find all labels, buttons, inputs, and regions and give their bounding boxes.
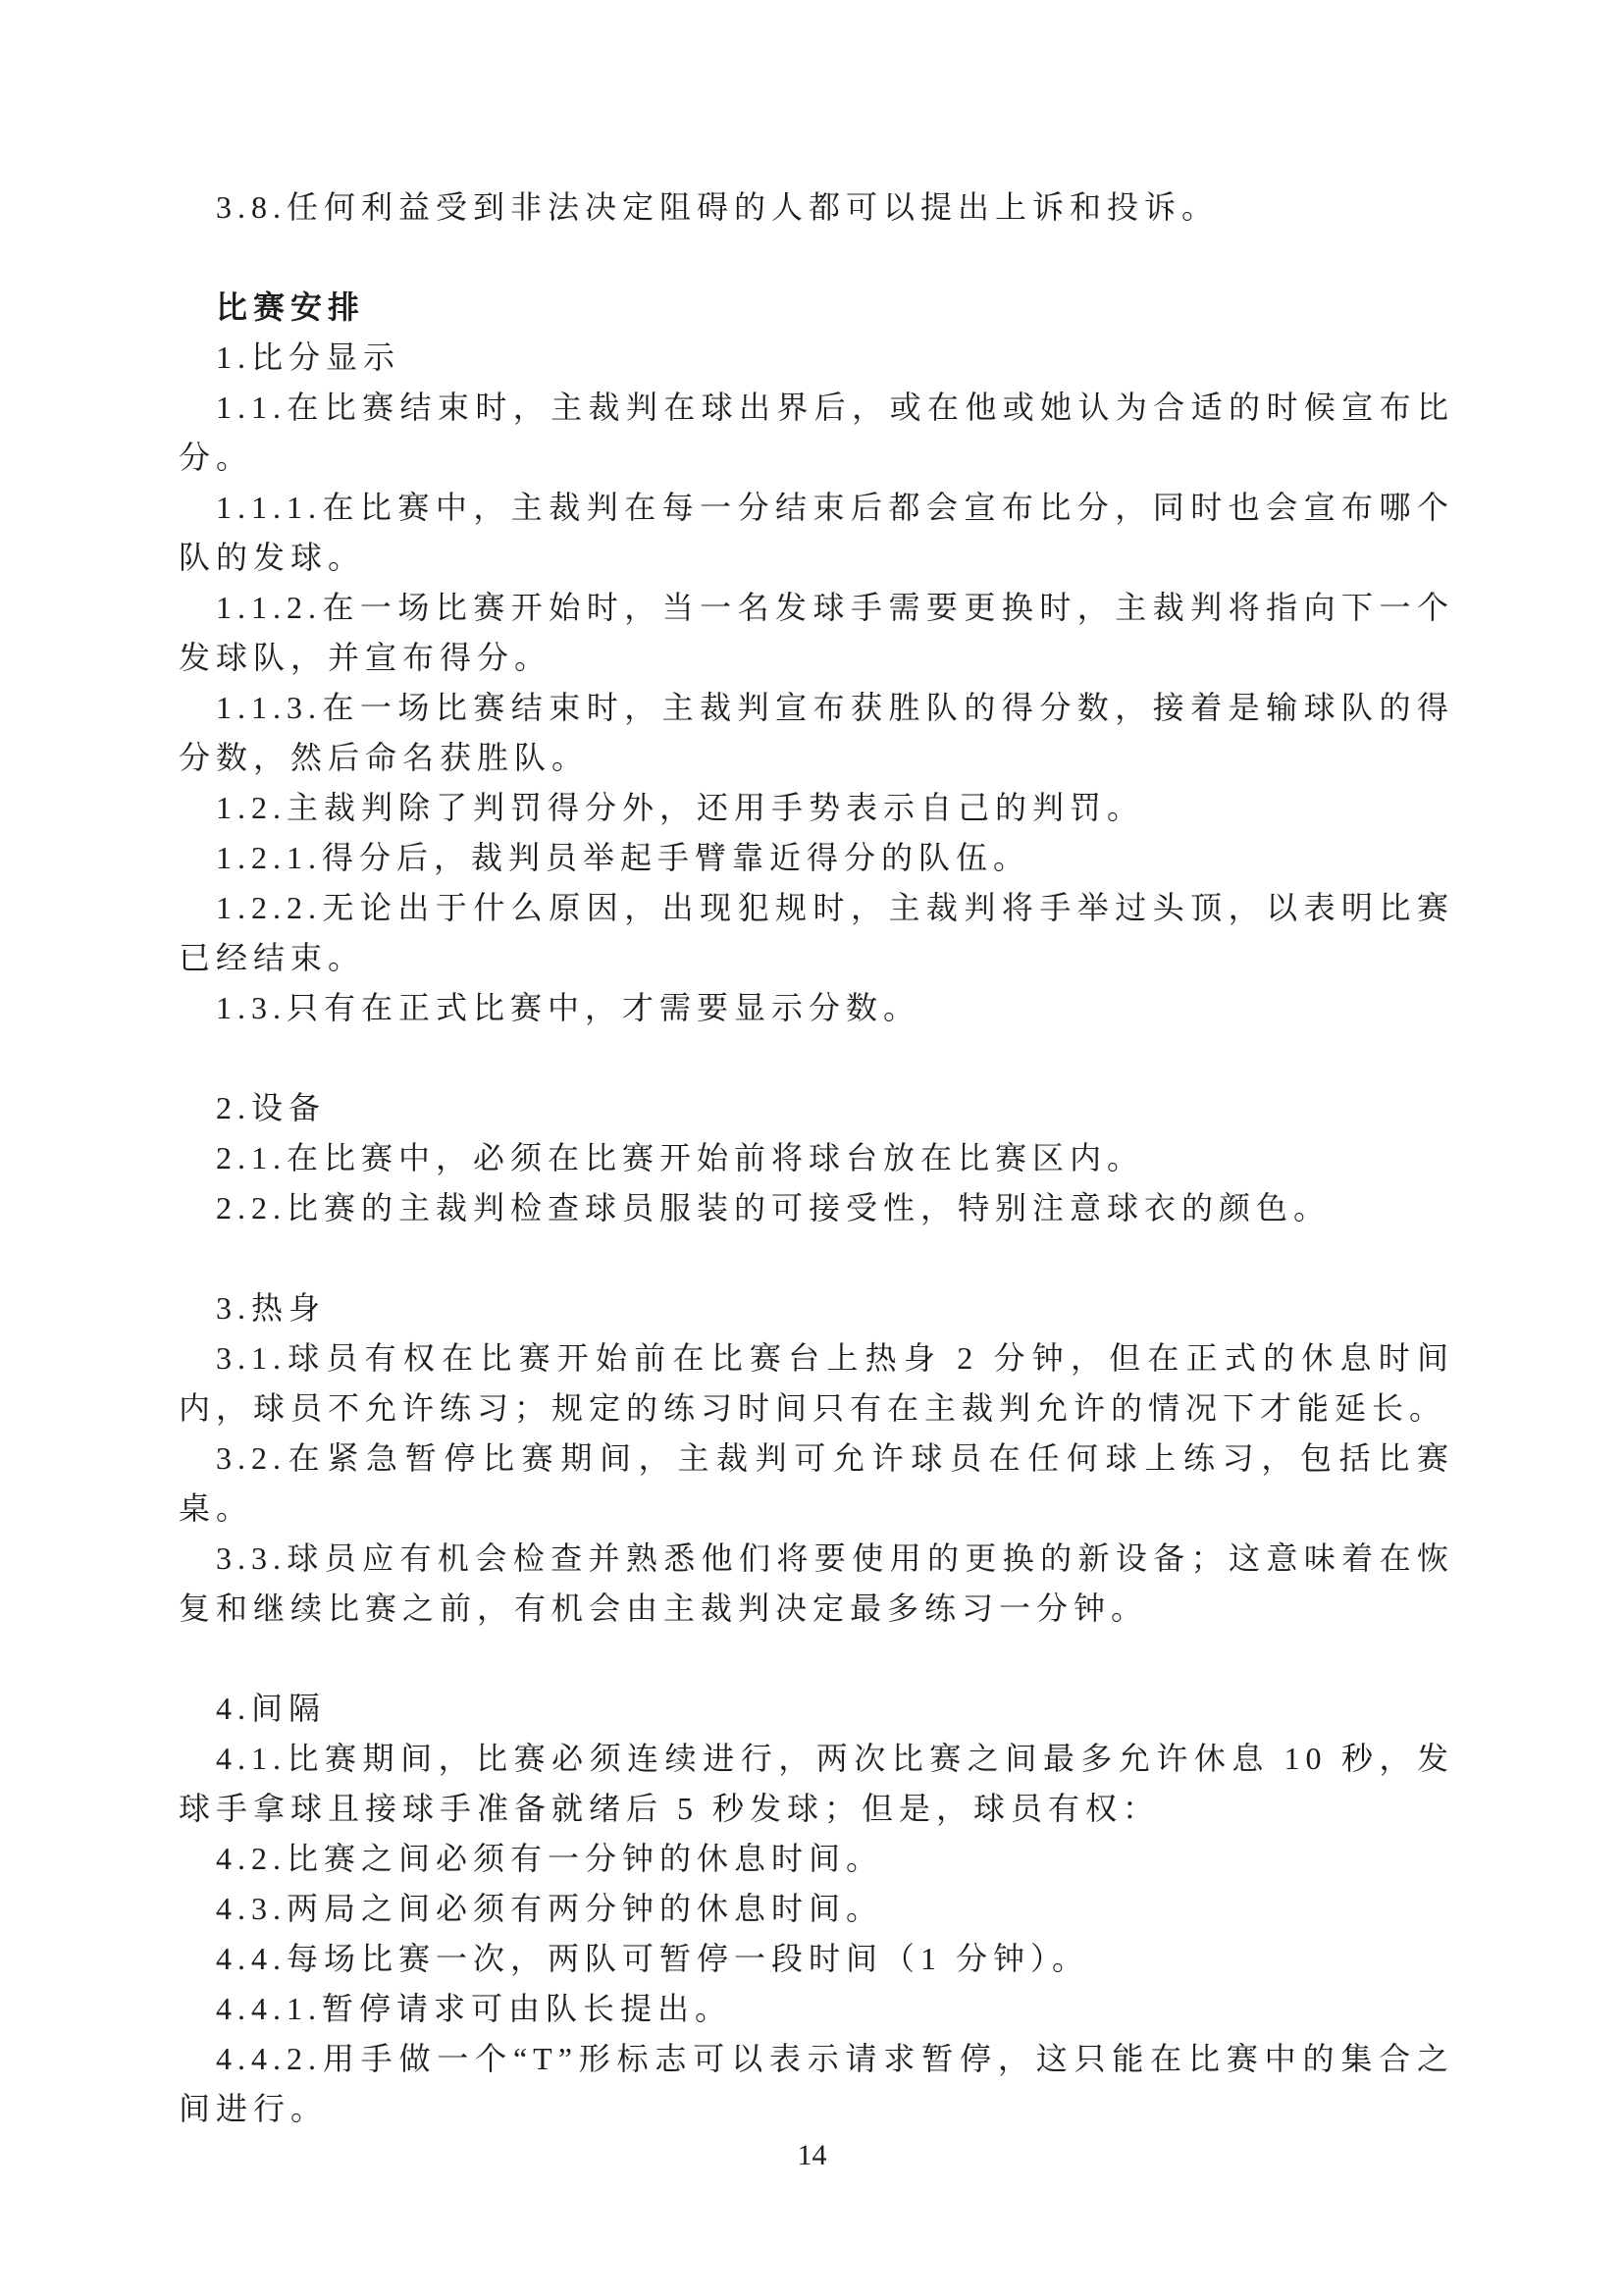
section-title: 4.间隔 (179, 1684, 1454, 1734)
paragraph: 4.3.两局之间必须有两分钟的休息时间。 (179, 1884, 1454, 1934)
paragraph: 4.2.比赛之间必须有一分钟的休息时间。 (179, 1834, 1454, 1884)
paragraph: 1.2.2.无论出于什么原因，出现犯规时，主裁判将手举过头顶，以表明比赛已经结束… (179, 883, 1454, 983)
section-equipment: 2.设备 2.1.在比赛中，必须在比赛开始前将球台放在比赛区内。 2.2.比赛的… (179, 1083, 1454, 1233)
paragraph: 4.1.比赛期间，比赛必须连续进行，两次比赛之间最多允许休息 10 秒，发球手拿… (179, 1734, 1454, 1834)
section-intervals: 4.间隔 4.1.比赛期间，比赛必须连续进行，两次比赛之间最多允许休息 10 秒… (179, 1684, 1454, 2134)
paragraph: 1.2.1.得分后，裁判员举起手臂靠近得分的队伍。 (179, 833, 1454, 883)
section-warmup: 3.热身 3.1.球员有权在比赛开始前在比赛台上热身 2 分钟，但在正式的休息时… (179, 1283, 1454, 1634)
paragraph: 2.1.在比赛中，必须在比赛开始前将球台放在比赛区内。 (179, 1133, 1454, 1183)
page-heading: 比赛安排 (179, 283, 1454, 333)
paragraph: 1.3.只有在正式比赛中，才需要显示分数。 (179, 983, 1454, 1033)
page-content: 3.8.任何利益受到非法决定阻碍的人都可以提出上诉和投诉。 比赛安排 1.比分显… (179, 183, 1454, 2134)
paragraph: 1.1.3.在一场比赛结束时，主裁判宣布获胜队的得分数，接着是输球队的得分数，然… (179, 683, 1454, 783)
intro-paragraph: 3.8.任何利益受到非法决定阻碍的人都可以提出上诉和投诉。 (179, 183, 1454, 233)
paragraph: 3.1.球员有权在比赛开始前在比赛台上热身 2 分钟，但在正式的休息时间内，球员… (179, 1333, 1454, 1434)
section-title: 1.比分显示 (179, 333, 1454, 383)
paragraph: 3.2.在紧急暂停比赛期间，主裁判可允许球员在任何球上练习，包括比赛桌。 (179, 1434, 1454, 1534)
paragraph: 4.4.2.用手做一个“T”形标志可以表示请求暂停，这只能在比赛中的集合之间进行… (179, 2034, 1454, 2134)
document-page: 3.8.任何利益受到非法决定阻碍的人都可以提出上诉和投诉。 比赛安排 1.比分显… (0, 0, 1624, 2295)
paragraph: 4.4.1.暂停请求可由队长提出。 (179, 1984, 1454, 2034)
paragraph: 1.1.2.在一场比赛开始时，当一名发球手需要更换时，主裁判将指向下一个发球队，… (179, 583, 1454, 683)
page-number: 14 (0, 2139, 1624, 2172)
paragraph: 1.1.1.在比赛中，主裁判在每一分结束后都会宣布比分，同时也会宣布哪个队的发球… (179, 483, 1454, 583)
paragraph: 3.3.球员应有机会检查并熟悉他们将要使用的更换的新设备；这意味着在恢复和继续比… (179, 1534, 1454, 1634)
section-title: 3.热身 (179, 1283, 1454, 1333)
paragraph: 1.2.主裁判除了判罚得分外，还用手势表示自己的判罚。 (179, 783, 1454, 833)
paragraph: 4.4.每场比赛一次，两队可暂停一段时间（1 分钟）。 (179, 1934, 1454, 1984)
paragraph: 2.2.比赛的主裁判检查球员服装的可接受性，特别注意球衣的颜色。 (179, 1183, 1454, 1233)
section-score-display: 1.比分显示 1.1.在比赛结束时，主裁判在球出界后，或在他或她认为合适的时候宣… (179, 333, 1454, 1033)
paragraph: 1.1.在比赛结束时，主裁判在球出界后，或在他或她认为合适的时候宣布比分。 (179, 383, 1454, 483)
section-title: 2.设备 (179, 1083, 1454, 1133)
